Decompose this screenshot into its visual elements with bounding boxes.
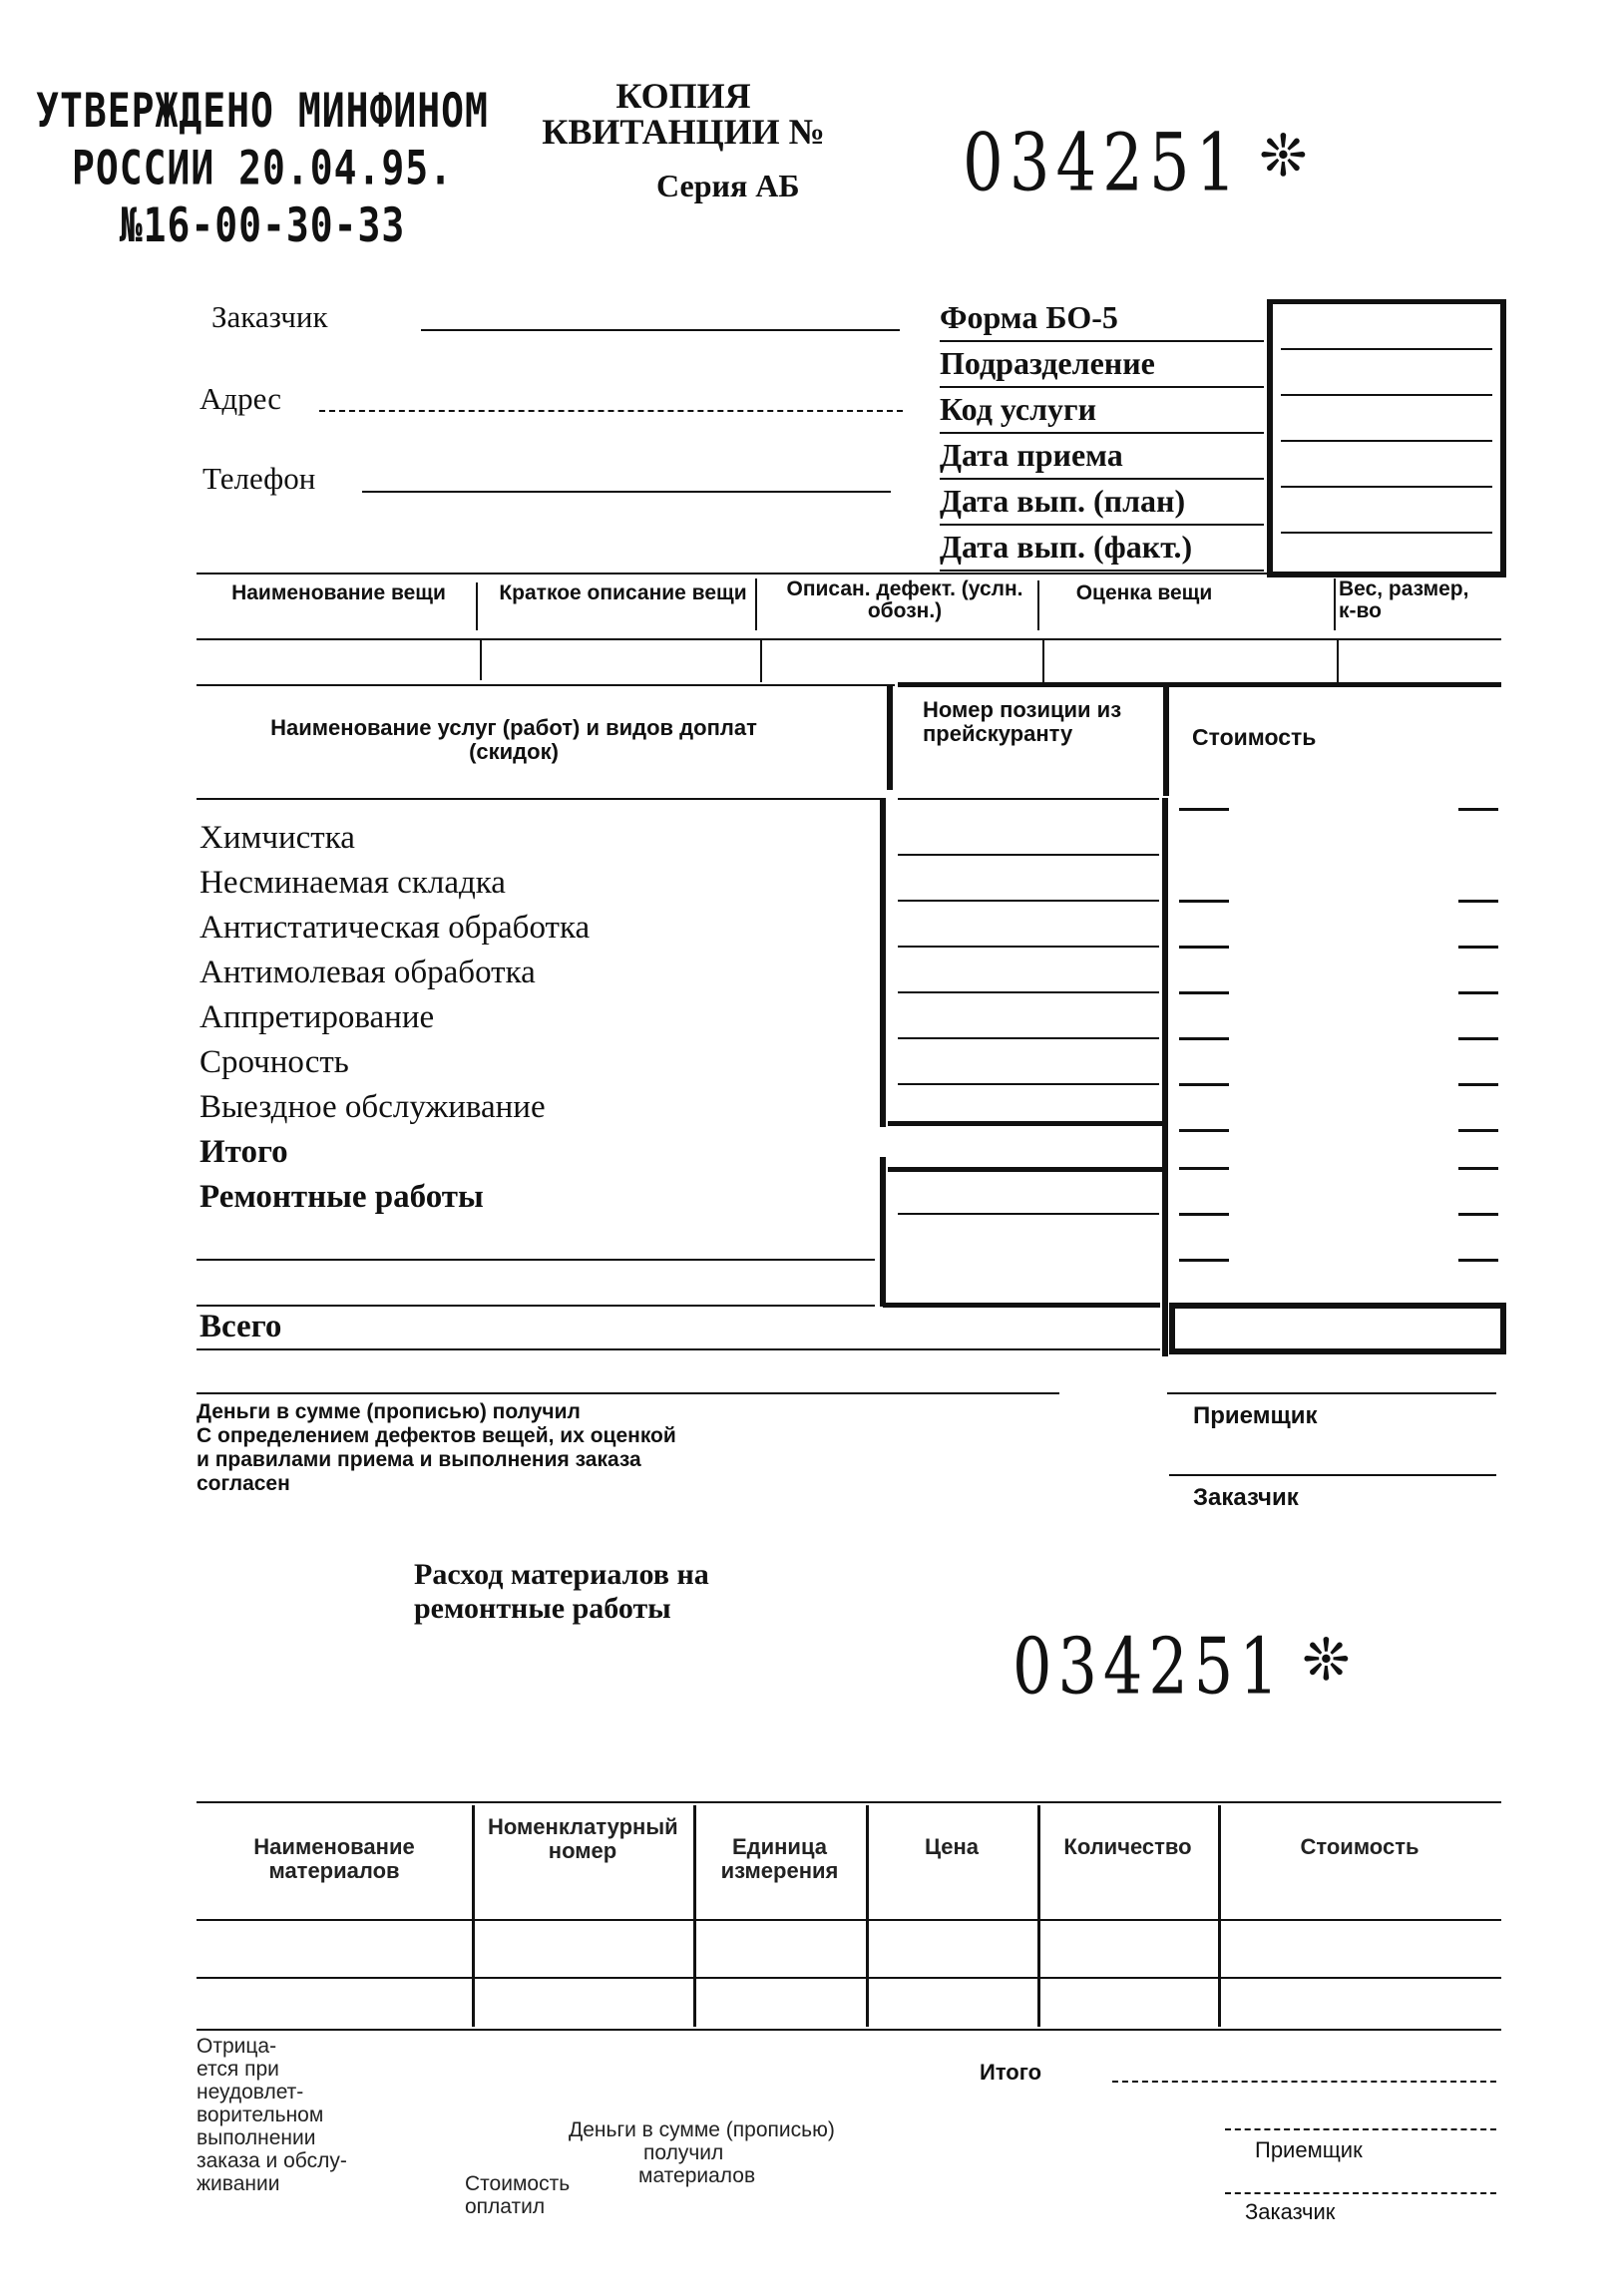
service-position-cell[interactable] — [891, 1123, 1158, 1165]
services-col-position: Номер позиции из прейскуранту — [923, 698, 1152, 746]
services-col-name: Наименование услуг (работ) и видов допла… — [269, 716, 758, 764]
position-col-left-border — [880, 1157, 886, 1307]
service-cost-cell[interactable] — [1175, 1123, 1494, 1165]
service-position-cell[interactable] — [891, 1169, 1158, 1211]
materials-title-line: Расход материалов на — [414, 1558, 709, 1592]
items-divider — [1337, 640, 1339, 684]
services-header-rule — [898, 798, 1159, 800]
materials-col-divider — [1218, 1805, 1221, 2027]
items-divider — [480, 640, 482, 680]
services-header-rule — [197, 798, 880, 800]
accept-date-value[interactable] — [1281, 442, 1492, 488]
department-value[interactable] — [1281, 350, 1492, 396]
info-values-box — [1267, 299, 1506, 577]
items-col-weight: Вес, размер, к-во — [1339, 578, 1488, 622]
title-line-2: КВИТАНЦИИ № — [519, 114, 848, 150]
materials-total-label: Итого — [980, 2061, 1041, 2085]
customer-field[interactable] — [421, 299, 900, 331]
items-col-defect: Описан. дефект. (услн. обозн.) — [765, 578, 1044, 622]
service-permanent-crease: Несминаемая складка — [200, 861, 878, 906]
services-blank-rule — [197, 1259, 875, 1261]
cost-tick-right — [1458, 808, 1498, 811]
materials-col-header: Стоимость — [1218, 1835, 1501, 1859]
plan-date-label: Дата вып. (план) — [940, 480, 1264, 526]
service-position-cell[interactable] — [891, 902, 1158, 944]
money-line: получил — [569, 2141, 1027, 2164]
materials-col-divider — [1037, 1805, 1040, 2027]
materials-top-rule — [197, 1801, 1501, 1803]
acknowledgement-text: Деньги в сумме (прописью) получил С опре… — [197, 1400, 955, 1496]
materials-cell[interactable] — [1041, 1979, 1214, 2029]
materials-col-header: Наименование материалов — [197, 1835, 472, 1883]
total-field[interactable] — [1169, 1303, 1506, 1354]
materials-customer-label: Заказчик — [1245, 2200, 1335, 2224]
materials-col-header: Цена — [866, 1835, 1037, 1859]
note-line: Отрица- — [197, 2035, 396, 2058]
service-subtotal: Итого — [200, 1130, 878, 1175]
note-line: выполнении — [197, 2126, 396, 2149]
document-title: КОПИЯ КВИТАНЦИИ № — [519, 78, 848, 150]
service-cost-cell[interactable] — [1175, 1169, 1494, 1211]
service-urgency: Срочность — [200, 1040, 878, 1085]
materials-cell[interactable] — [1222, 1979, 1497, 2029]
service-on-site: Выездное обслуживание — [200, 1085, 878, 1130]
service-antistatic: Антистатическая обработка — [200, 906, 878, 951]
service-repair: Ремонтные работы — [200, 1175, 878, 1220]
department-label: Подразделение — [940, 342, 1264, 388]
service-position-cell[interactable] — [891, 856, 1158, 898]
service-code-label: Код услуги — [940, 388, 1264, 434]
materials-cell[interactable] — [1222, 1923, 1497, 1973]
materials-col-header: Номенклатурный номер — [472, 1815, 693, 1863]
approval-line-1: УТВЕРЖДЕНО МИНФИНОМ — [28, 82, 497, 140]
money-line: Деньги в сумме (прописью) — [569, 2118, 1027, 2141]
items-divider — [1042, 640, 1044, 682]
materials-cell[interactable] — [697, 1923, 862, 1973]
items-col-valuation: Оценка вещи — [1049, 582, 1239, 604]
note-line: заказа и обслу- — [197, 2149, 396, 2172]
materials-cell[interactable] — [870, 1923, 1033, 1973]
items-divider — [476, 582, 478, 630]
form-value[interactable] — [1281, 304, 1492, 350]
note-line: неудовлет- — [197, 2081, 396, 2104]
item-valuation-cell[interactable] — [1042, 640, 1332, 684]
approval-line-2: РОССИИ 20.04.95. — [28, 140, 497, 197]
actual-date-label: Дата вып. (факт.) — [940, 526, 1264, 572]
position-col-right-border — [1162, 798, 1168, 1356]
address-label: Адрес — [200, 381, 281, 417]
services-end-rule-thick — [883, 1303, 1160, 1308]
title-line-1: КОПИЯ — [519, 78, 848, 114]
materials-cell[interactable] — [870, 1979, 1033, 2029]
materials-bottom-rule — [197, 2029, 1501, 2031]
items-top-rule — [197, 573, 1501, 574]
service-cost-cell[interactable] — [1175, 902, 1494, 944]
materials-total-field[interactable] — [1112, 2053, 1496, 2083]
receiver-label: Приемщик — [1193, 1404, 1317, 1428]
customer-label: Заказчик — [211, 299, 328, 335]
materials-title: Расход материалов на ремонтные работы — [414, 1558, 709, 1626]
customer-sign-label: Заказчик — [1193, 1486, 1299, 1510]
cost-paid-line: Стоимость — [465, 2172, 570, 2195]
service-position-cell[interactable] — [891, 1085, 1158, 1119]
item-weight-cell[interactable] — [1339, 640, 1498, 684]
plan-date-value[interactable] — [1281, 488, 1492, 534]
service-position-cell[interactable] — [891, 810, 1158, 852]
amount-words-line — [197, 1392, 1059, 1394]
customer-signature-line[interactable] — [1169, 1474, 1496, 1476]
services-end-rule — [197, 1305, 875, 1307]
materials-stamp-flower-icon: ❊ — [1302, 1626, 1351, 1694]
position-col-left-border — [880, 798, 886, 1127]
service-cost-cell[interactable] — [1175, 948, 1494, 989]
service-position-cell[interactable] — [891, 948, 1158, 989]
item-name-cell[interactable] — [197, 640, 476, 684]
cost-tick-right — [1458, 1259, 1498, 1262]
items-row — [197, 640, 1501, 684]
money-line: материалов — [569, 2164, 1027, 2187]
materials-customer-signature-line[interactable] — [1225, 2192, 1496, 2194]
service-cost-cell[interactable] — [1175, 993, 1494, 1035]
approval-line-3: №16-00-30-33 — [28, 196, 497, 254]
items-col-description: Краткое описание вещи — [486, 582, 760, 604]
cost-tick-left — [1179, 808, 1229, 811]
materials-cell[interactable] — [476, 1979, 689, 2029]
info-labels: Форма БО-5 Подразделение Код услуги Дата… — [940, 297, 1264, 572]
materials-col-header: Единица измерения — [693, 1835, 866, 1883]
services-divider — [887, 684, 893, 790]
services-col-cost: Стоимость — [1192, 726, 1316, 748]
cost-tick-right — [1458, 1213, 1498, 1216]
ack-line: и правилами приема и выполнения заказа — [197, 1448, 955, 1472]
materials-col-divider — [472, 1805, 475, 2027]
repair-rule — [888, 1167, 1162, 1172]
service-antimoth: Антимолевая обработка — [200, 951, 878, 995]
items-col-name: Наименование вещи — [197, 582, 481, 604]
items-bottom-rule-thick — [898, 682, 1501, 687]
stamp-flower-icon: ❊ — [1259, 122, 1308, 190]
form-label: Форма БО-5 — [940, 297, 1264, 342]
subtotal-rule — [888, 1121, 1162, 1126]
receiver-signature-line[interactable] — [1167, 1392, 1496, 1394]
phone-field[interactable] — [362, 461, 891, 493]
total-label: Всего — [200, 1309, 281, 1345]
refusal-note: Отрица- ется при неудовлет- ворительном … — [197, 2035, 396, 2195]
cost-paid-note: Стоимость оплатил — [465, 2172, 570, 2218]
items-divider — [1037, 580, 1039, 630]
service-cost-cell[interactable] — [1175, 856, 1494, 898]
materials-row-rule — [197, 1977, 1501, 1979]
services-divider — [1163, 684, 1169, 796]
actual-date-value[interactable] — [1281, 534, 1492, 574]
materials-cell[interactable] — [476, 1923, 689, 1973]
note-line: ется при — [197, 2058, 396, 2081]
total-bottom-rule — [197, 1348, 1160, 1350]
service-cost-cell[interactable] — [1175, 810, 1494, 852]
cost-tick-left — [1179, 1259, 1229, 1262]
items-header: Наименование вещи Краткое описание вещи … — [197, 578, 1501, 638]
materials-header-rule — [197, 1919, 1501, 1921]
materials-cell[interactable] — [201, 1979, 468, 2029]
materials-cell[interactable] — [1041, 1923, 1214, 1973]
note-line: живании — [197, 2172, 396, 2195]
series-label: Серия АБ — [656, 168, 800, 204]
materials-receiver-label: Приемщик — [1255, 2138, 1363, 2162]
service-dry-cleaning: Химчистка — [200, 816, 878, 861]
materials-col-divider — [866, 1805, 869, 2027]
materials-receiver-signature-line[interactable] — [1225, 2128, 1496, 2130]
note-line: ворительном — [197, 2104, 396, 2126]
ack-line: Деньги в сумме (прописью) получил — [197, 1400, 955, 1424]
ack-line: согласен — [197, 1472, 955, 1496]
materials-receipt-number: 034251 — [1012, 1621, 1285, 1712]
cost-tick-left — [1179, 1213, 1229, 1216]
items-divider — [1334, 578, 1336, 630]
cost-paid-line: оплатил — [465, 2195, 570, 2218]
ack-line: С определением дефектов вещей, их оценко… — [197, 1424, 955, 1448]
items-bottom-rule — [197, 684, 895, 686]
address-field[interactable] — [319, 380, 903, 412]
approval-stamp: УТВЕРЖДЕНО МИНФИНОМ РОССИИ 20.04.95. №16… — [28, 82, 497, 254]
service-position-cell[interactable] — [891, 993, 1158, 1035]
items-divider — [755, 578, 757, 630]
service-code-value[interactable] — [1281, 396, 1492, 442]
service-cost-cell[interactable] — [1175, 1085, 1494, 1119]
service-position-cell[interactable] — [891, 1039, 1158, 1081]
materials-col-divider — [693, 1805, 696, 2027]
item-description-cell[interactable] — [481, 640, 755, 684]
materials-cell[interactable] — [201, 1923, 468, 1973]
phone-label: Телефон — [202, 461, 315, 497]
items-divider — [760, 640, 762, 682]
accept-date-label: Дата приема — [940, 434, 1264, 480]
materials-title-line: ремонтные работы — [414, 1592, 709, 1626]
service-finishing: Аппретирование — [200, 995, 878, 1040]
materials-col-header: Количество — [1037, 1835, 1218, 1859]
service-cost-cell[interactable] — [1175, 1039, 1494, 1081]
receipt-number: 034251 — [963, 118, 1242, 210]
service-extra-position[interactable] — [888, 1209, 1157, 1253]
item-defect-cell[interactable] — [760, 640, 1034, 684]
services-list: Химчистка Несминаемая складка Антистатич… — [200, 816, 878, 1220]
money-received-note: Деньги в сумме (прописью) получил матери… — [569, 2118, 1027, 2187]
materials-cell[interactable] — [697, 1979, 862, 2029]
